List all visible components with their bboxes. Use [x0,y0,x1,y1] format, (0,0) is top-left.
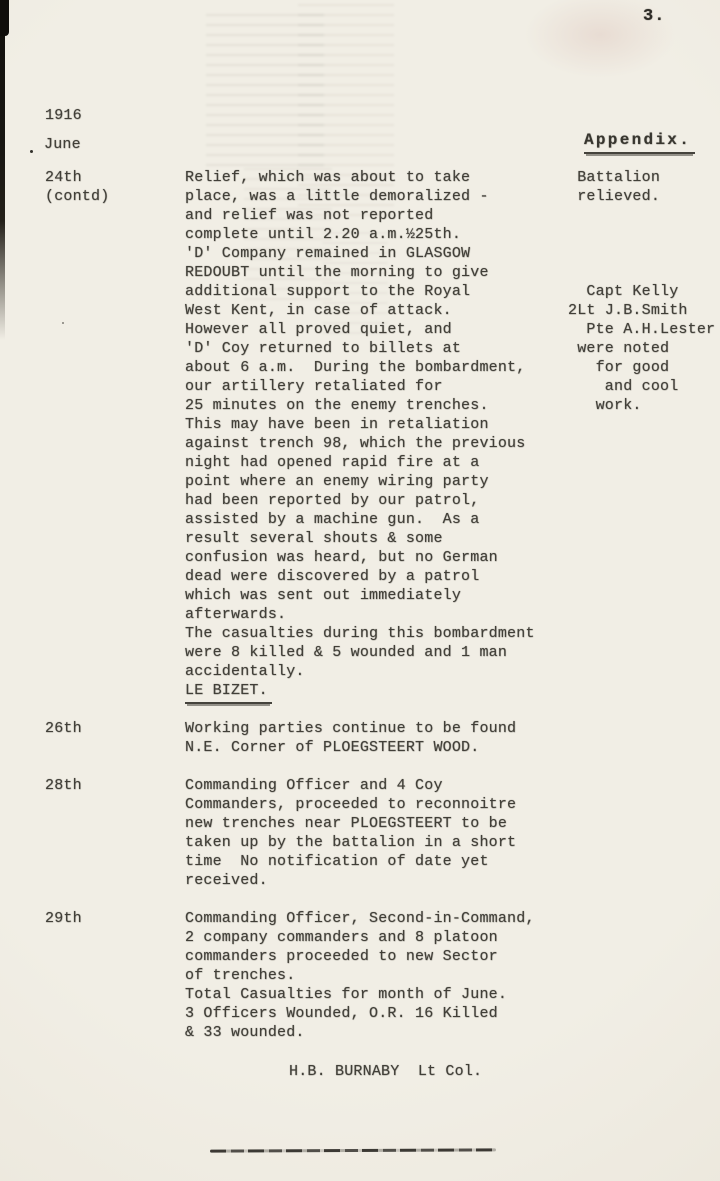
section-heading-label: LE BIZET. [185,681,272,704]
appendix-column-heading: Appendix. [584,131,695,154]
scan-left-edge-shadow [0,0,5,340]
appendix-label: Appendix. [584,131,695,154]
entry-body: Commanding Officer, Second-in-Command, 2… [185,909,535,1042]
bottom-rule-line [210,1148,496,1152]
diary-year: 1916 [45,106,82,125]
scan-corner-shadow [0,0,9,36]
ink-speck [30,150,33,153]
entry-date: 28th [45,776,82,795]
entry-date: 29th [45,909,82,928]
ink-speck [62,322,64,324]
entry-body: Commanding Officer and 4 Coy Commanders,… [185,776,516,890]
section-heading-le-bizet: LE BIZET. [185,681,272,704]
signature-line: H.B. BURNABY Lt Col. [289,1062,482,1081]
paper-stain [495,0,705,95]
entry-date: 26th [45,719,82,738]
entry-body: Working parties continue to be found N.E… [185,719,516,757]
entry-body: Relief, which was about to take place, w… [185,168,535,681]
diary-month: June [44,135,81,154]
entry-margin-notes: Battalion relieved. Capt Kelly 2Lt J.B.S… [568,168,715,415]
entry-date: 24th (contd) [45,168,109,206]
scanned-war-diary-page: 3. 1916 June Appendix. 24th (contd) Reli… [0,0,720,1181]
page-number: 3. [643,7,665,26]
